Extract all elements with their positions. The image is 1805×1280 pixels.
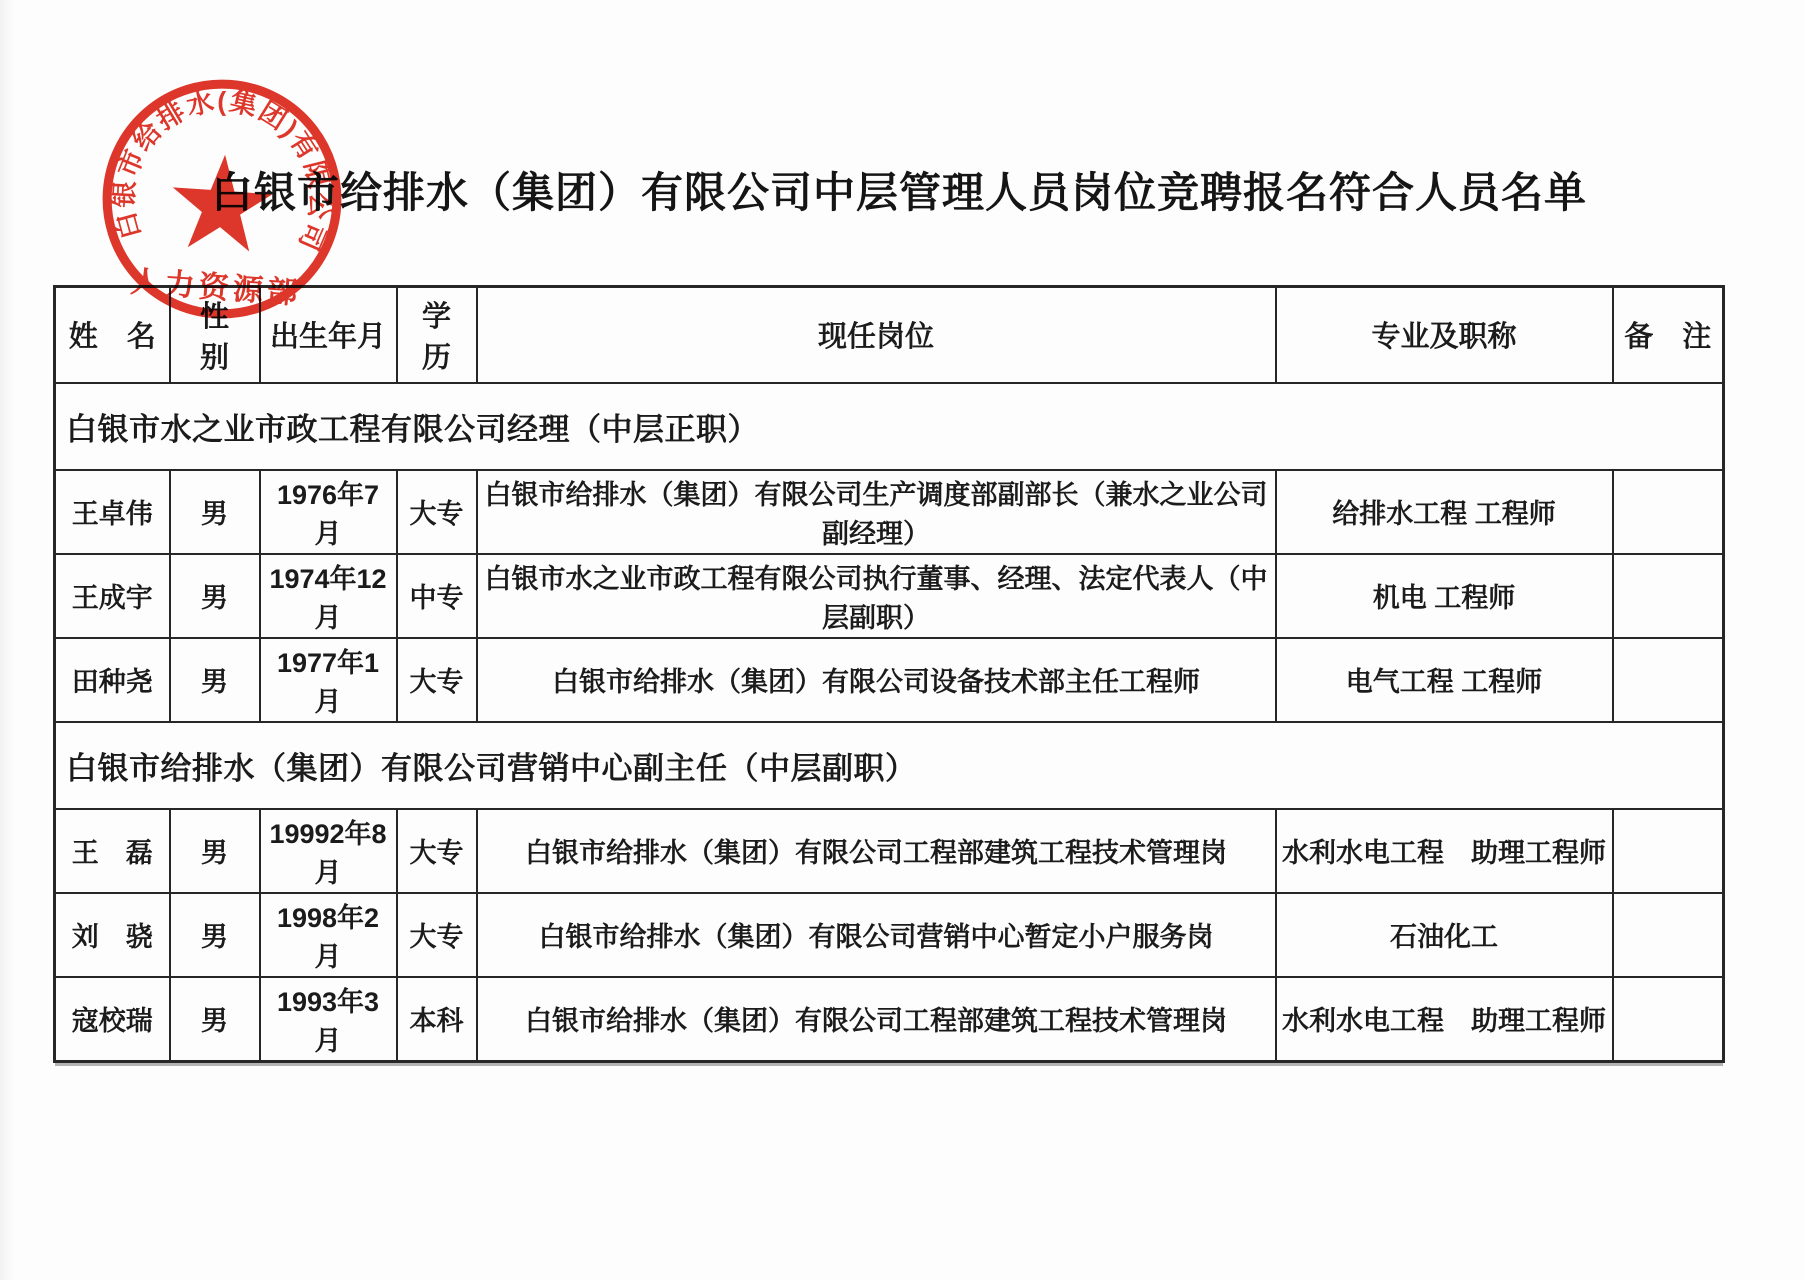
cell-name: 王成宇 [55,554,170,638]
cell-remark [1613,977,1724,1062]
cell-birth: 1976年7月 [260,470,397,554]
cell-birth: 1977年1月 [260,638,397,722]
header-education: 学 历 [397,287,477,383]
cell-remark [1613,809,1724,893]
header-name: 姓 名 [55,287,170,383]
cell-remark [1613,893,1724,977]
cell-remark [1613,554,1724,638]
cell-major-title: 水利水电工程 助理工程师 [1276,977,1613,1062]
cell-name: 刘 骁 [55,893,170,977]
cell-remark [1613,470,1724,554]
roster-table: 姓 名 性 别 出生年月 学 历 现任岗位 专业及职称 备 注 白银市水之业市政… [53,285,1725,1063]
table-row: 田种尧 男 1977年1月 大专 白银市给排水（集团）有限公司设备技术部主任工程… [55,638,1724,722]
cell-position: 白银市给排水（集团）有限公司生产调度部副部长（兼水之业公司副经理） [477,470,1276,554]
cell-education: 中专 [397,554,477,638]
cell-gender: 男 [170,470,260,554]
cell-birth: 1998年2月 [260,893,397,977]
cell-major-title: 电气工程 工程师 [1276,638,1613,722]
cell-name: 寇校瑞 [55,977,170,1062]
cell-gender: 男 [170,977,260,1062]
cell-remark [1613,638,1724,722]
cell-position: 白银市给排水（集团）有限公司工程部建筑工程技术管理岗 [477,977,1276,1062]
cell-position: 白银市给排水（集团）有限公司设备技术部主任工程师 [477,638,1276,722]
cell-name: 王 磊 [55,809,170,893]
document-page: 白银市给排水（集团）有限公司中层管理人员岗位竞聘报名符合人员名单 白银市给排水(… [0,0,1805,1280]
cell-position: 白银市水之业市政工程有限公司执行董事、经理、法定代表人（中层副职） [477,554,1276,638]
cell-name: 王卓伟 [55,470,170,554]
cell-education: 大专 [397,893,477,977]
cell-position: 白银市给排水（集团）有限公司营销中心暂定小户服务岗 [477,893,1276,977]
cell-gender: 男 [170,809,260,893]
table-row: 王 磊 男 19992年8月 大专 白银市给排水（集团）有限公司工程部建筑工程技… [55,809,1724,893]
header-position: 现任岗位 [477,287,1276,383]
table-row: 寇校瑞 男 1993年3月 本科 白银市给排水（集团）有限公司工程部建筑工程技术… [55,977,1724,1062]
cell-education: 大专 [397,809,477,893]
table-row: 刘 骁 男 1998年2月 大专 白银市给排水（集团）有限公司营销中心暂定小户服… [55,893,1724,977]
table-row: 王卓伟 男 1976年7月 大专 白银市给排水（集团）有限公司生产调度部副部长（… [55,470,1724,554]
cell-position: 白银市给排水（集团）有限公司工程部建筑工程技术管理岗 [477,809,1276,893]
cell-gender: 男 [170,554,260,638]
table-header-row: 姓 名 性 别 出生年月 学 历 现任岗位 专业及职称 备 注 [55,287,1724,383]
section-title: 白银市给排水（集团）有限公司营销中心副主任（中层副职） [55,722,1724,809]
cell-major-title: 水利水电工程 助理工程师 [1276,809,1613,893]
cell-education: 大专 [397,638,477,722]
cell-birth: 1974年12月 [260,554,397,638]
header-major-title: 专业及职称 [1276,287,1613,383]
cell-education: 大专 [397,470,477,554]
cell-name: 田种尧 [55,638,170,722]
cell-birth: 1993年3月 [260,977,397,1062]
cell-major-title: 机电 工程师 [1276,554,1613,638]
cell-major-title: 石油化工 [1276,893,1613,977]
cell-gender: 男 [170,638,260,722]
table-row: 王成宇 男 1974年12月 中专 白银市水之业市政工程有限公司执行董事、经理、… [55,554,1724,638]
cell-education: 本科 [397,977,477,1062]
header-remark: 备 注 [1613,287,1724,383]
header-birth: 出生年月 [260,287,397,383]
cell-gender: 男 [170,893,260,977]
section-title: 白银市水之业市政工程有限公司经理（中层正职） [55,383,1724,470]
header-gender: 性 别 [170,287,260,383]
cell-major-title: 给排水工程 工程师 [1276,470,1613,554]
page-title: 白银市给排水（集团）有限公司中层管理人员岗位竞聘报名符合人员名单 [53,160,1745,220]
cell-birth: 19992年8月 [260,809,397,893]
section-header-row: 白银市水之业市政工程有限公司经理（中层正职） [55,383,1724,470]
section-header-row: 白银市给排水（集团）有限公司营销中心副主任（中层副职） [55,722,1724,809]
